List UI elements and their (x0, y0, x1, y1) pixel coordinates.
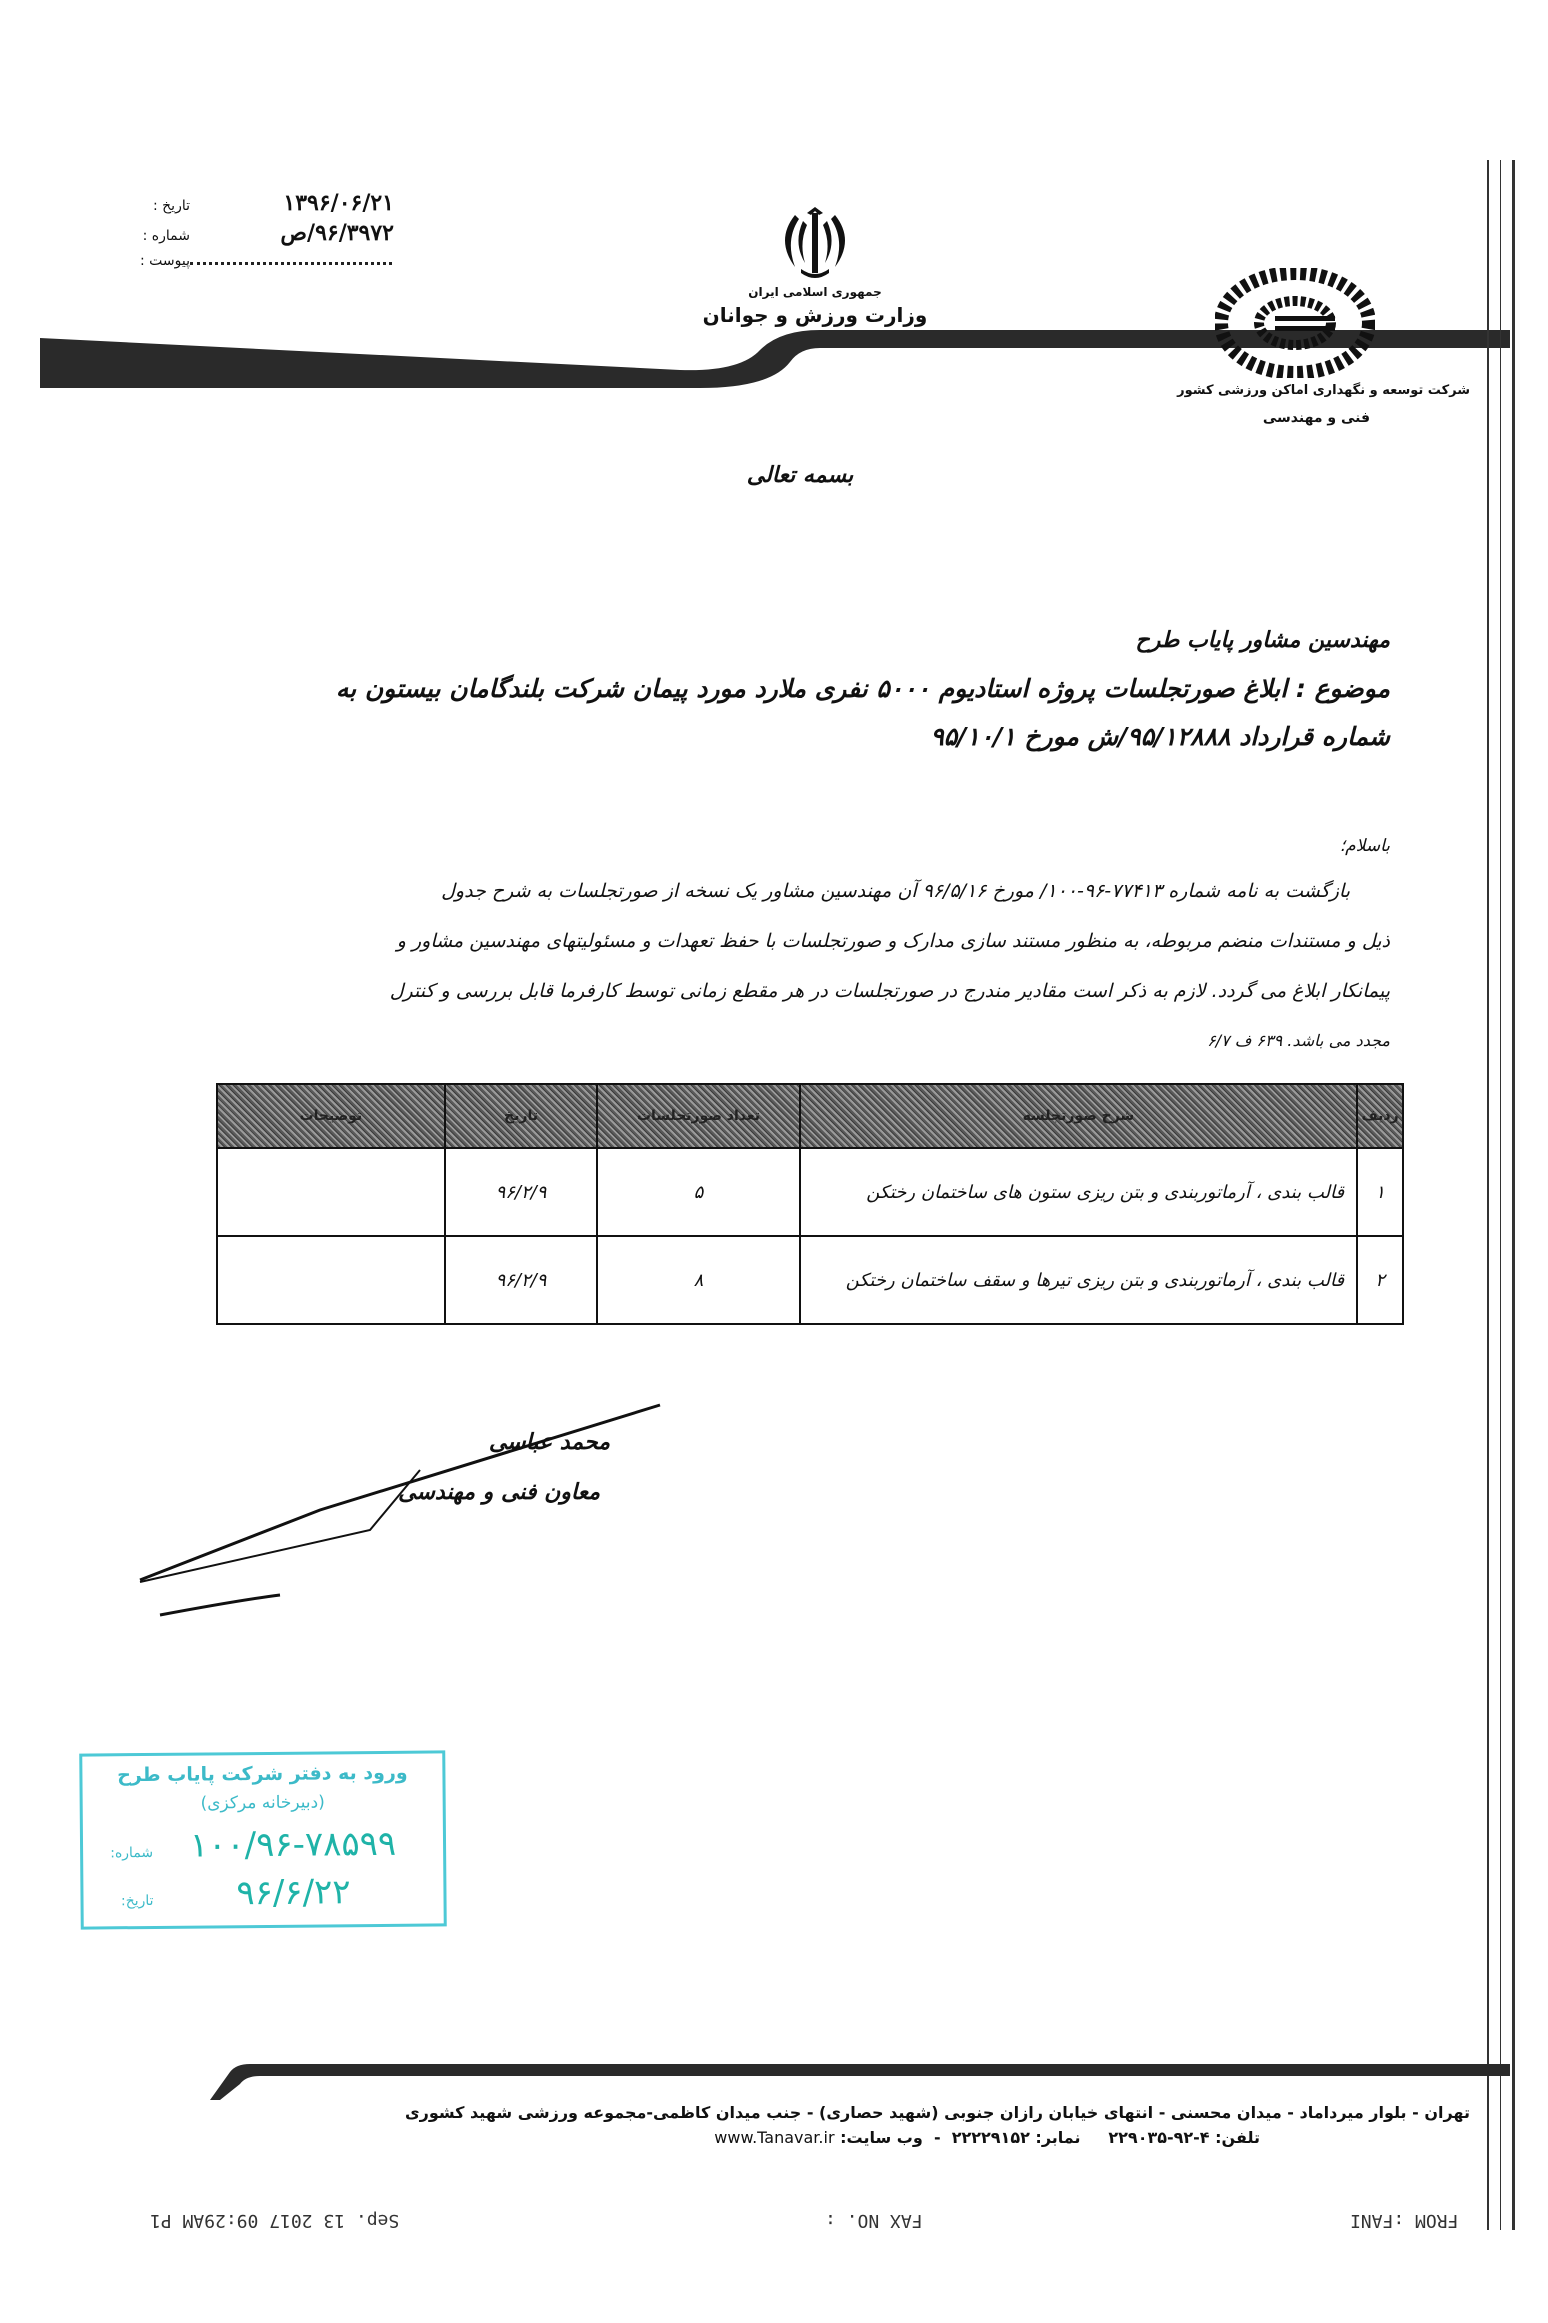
reference-block: تاریخ : ۱۳۹۶/۰۶/۲۱ شماره : ۹۶/۳۹۷۲/ص پیو… (120, 190, 400, 280)
stamp-number-value: ۱۰۰/۹۶-۷۸۵۹۹ (153, 1824, 433, 1866)
header-date: تاریخ (445, 1084, 598, 1148)
margin-line (1500, 160, 1501, 2230)
cell-notes (217, 1148, 445, 1236)
stamp-date-value: ۹۶/۶/۲۲ (153, 1872, 433, 1914)
subject: موضوع : ابلاغ صورتجلسات پروژه استادیوم ۵… (200, 665, 1390, 761)
subject-line: شماره قرارداد ۹۵/۱۲۸۸۸/ش مورخ ۹۵/۱۰/۱ (200, 713, 1390, 761)
cell-notes (217, 1236, 445, 1324)
cell-description: قالب بندی ، آرماتوربندی و بتن ریزی ستون … (800, 1148, 1357, 1236)
company-department: فنی و مهندسی (1110, 410, 1370, 426)
cell-count: ۵ (597, 1148, 799, 1236)
phone-label: تلفن: (1215, 2128, 1260, 2147)
cell-row-number: ۱ (1357, 1148, 1403, 1236)
minutes-table: ردیف شرح صورتجلسه تعداد صورتجلسات تاریخ … (216, 1083, 1404, 1325)
company-logo-icon (1215, 268, 1375, 378)
signatory-name: محمد عباسی (380, 1430, 610, 1455)
addressee: مهندسین مشاور پایاب طرح (200, 628, 1390, 653)
body-line: ذیل و مستندات منضم مربوطه، به منظور مستن… (210, 916, 1390, 966)
letter-body: بازگشت به نامه شماره ۷۷۴۱۳-۹۶-۱۰۰/ مورخ … (210, 866, 1390, 1066)
iran-emblem-icon (765, 205, 865, 285)
stamp-number-row: شماره: ۱۰۰/۹۶-۷۸۵۹۹ (93, 1824, 433, 1867)
table-row: ۲ قالب بندی ، آرماتوربندی و بتن ریزی تیر… (217, 1236, 1403, 1324)
cell-description: قالب بندی ، آرماتوربندی و بتن ریزی تیرها… (800, 1236, 1357, 1324)
cell-date: ۹۶/۲/۹ (445, 1236, 598, 1324)
receipt-stamp: ورود به دفتر شرکت پایاب طرح (دبیرخانه مر… (79, 1750, 447, 1929)
table-header-row: ردیف شرح صورتجلسه تعداد صورتجلسات تاریخ … (217, 1084, 1403, 1148)
footer-band (210, 2060, 1510, 2100)
number-row: شماره : ۹۶/۳۹۷۲/ص (120, 220, 400, 250)
attachment-row: پیوست : (120, 250, 400, 280)
date-row: تاریخ : ۱۳۹۶/۰۶/۲۱ (120, 190, 400, 220)
stamp-subtitle: (دبیرخانه مرکزی) (91, 1792, 435, 1815)
fax-number-label: FAX NO. : (825, 2210, 923, 2231)
fax-number: ۲۲۲۲۹۱۵۲ (952, 2128, 1030, 2147)
greeting: باسلام؛ (1200, 836, 1390, 856)
government-line: جمهوری اسلامی ایران (690, 285, 940, 299)
header-count: تعداد صورتجلسات (597, 1084, 799, 1148)
number-label: شماره : (120, 228, 190, 244)
margin-line (1487, 160, 1489, 2230)
date-value: ۱۳۹۶/۰۶/۲۱ (190, 190, 400, 216)
signatory-title: معاون فنی و مهندسی (300, 1480, 600, 1505)
invocation: بسمه تعالی (720, 462, 880, 488)
fax-transmission-header: Sep. 13 2017 09:29AM P1 FAX NO. : FROM :… (0, 2210, 1548, 2240)
attachment-label: پیوست : (120, 253, 190, 269)
company-name: شرکت توسعه و نگهداری اماکن ورزشی کشور (1110, 383, 1470, 398)
attachment-value (190, 250, 392, 265)
cell-row-number: ۲ (1357, 1236, 1403, 1324)
stamp-title: ورود به دفتر شرکت پایاب طرح (90, 1762, 434, 1787)
table-row: ۱ قالب بندی ، آرماتوربندی و بتن ریزی ستو… (217, 1148, 1403, 1236)
footer-address: تهران - بلوار میرداماد - میدان محسنی - ا… (210, 2103, 1470, 2122)
body-line: مجدد می باشد. ۶۳۹ ف ۶/۷ (210, 1016, 1390, 1066)
body-line: بازگشت به نامه شماره ۷۷۴۱۳-۹۶-۱۰۰/ مورخ … (210, 866, 1390, 916)
stamp-date-row: تاریخ: ۹۶/۶/۲۲ (93, 1872, 433, 1915)
header-row-number: ردیف (1357, 1084, 1403, 1148)
body-line: پیمانکار ابلاغ می گردد. لازم به ذکر است … (210, 966, 1390, 1016)
header-description: شرح صورتجلسه (800, 1084, 1357, 1148)
header-notes: توضیحات (217, 1084, 445, 1148)
website-label: وب سایت: (840, 2128, 923, 2147)
margin-line (1512, 160, 1515, 2230)
fax-timestamp: Sep. 13 2017 09:29AM P1 (150, 2210, 399, 2231)
fax-from: FROM :FANI (1350, 2210, 1458, 2231)
stamp-date-label: تاریخ: (93, 1893, 153, 1910)
date-label: تاریخ : (120, 198, 190, 214)
subject-line: موضوع : ابلاغ صورتجلسات پروژه استادیوم ۵… (200, 665, 1390, 713)
phone-number: ۴-۹۲-۲۲۹۰۳۵ (1108, 2128, 1209, 2147)
ministry-name: وزارت ورزش و جوانان (690, 303, 940, 327)
cell-count: ۸ (597, 1236, 799, 1324)
stamp-number-label: شماره: (93, 1845, 153, 1862)
website-link[interactable]: www.Tanavar.ir (714, 2128, 834, 2147)
number-value: ۹۶/۳۹۷۲/ص (190, 220, 400, 246)
footer-contact: تلفن: ۴-۹۲-۲۲۹۰۳۵ نمابر: ۲۲۲۲۹۱۵۲ - وب س… (210, 2128, 1260, 2147)
cell-date: ۹۶/۲/۹ (445, 1148, 598, 1236)
fax-label: نمابر: (1035, 2128, 1080, 2147)
